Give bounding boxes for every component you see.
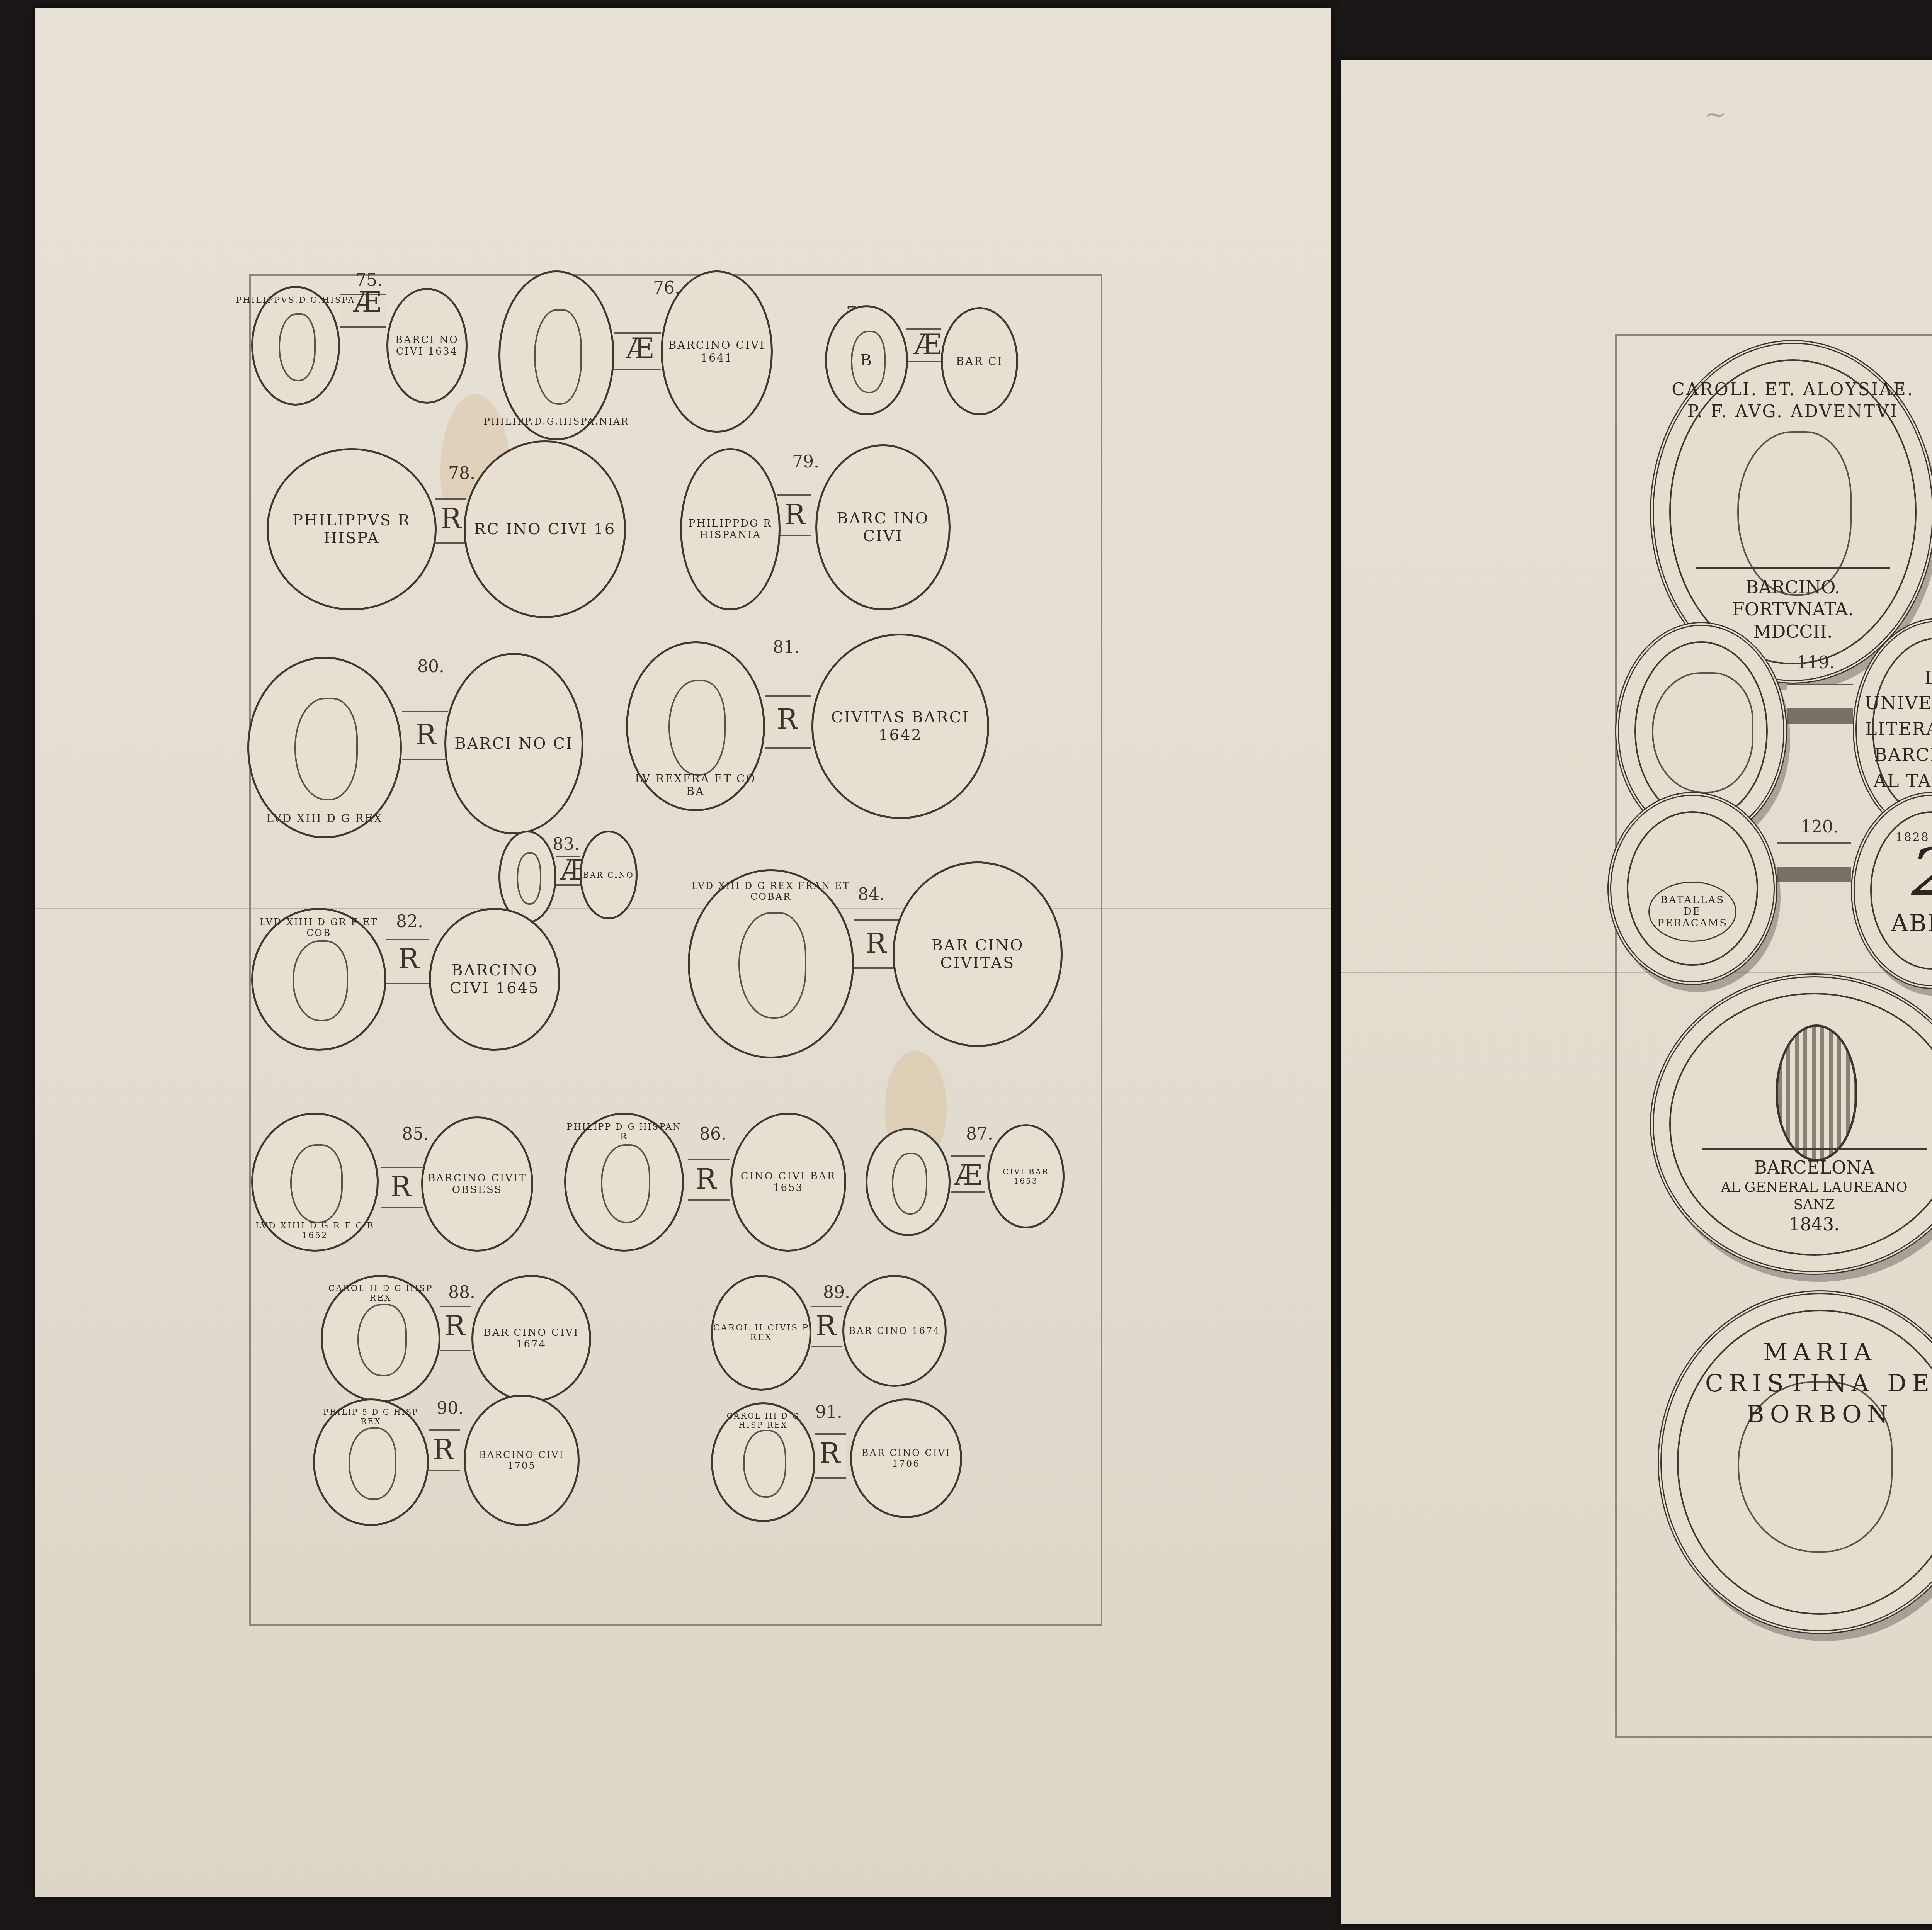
metal-mark: Æ: [354, 286, 381, 318]
coin-79-reverse: BARC INO CIVI: [815, 444, 951, 610]
coin-85-obverse: LVD XIIII D G R F C B 1652: [251, 1113, 379, 1252]
metal-mark: R: [415, 719, 436, 751]
medal-number: 120.: [1801, 817, 1838, 837]
metal-mark: R: [696, 1163, 716, 1195]
metal-mark: R: [440, 502, 461, 535]
coin-86-obverse: PHILIPP D G HISPAN R: [564, 1113, 684, 1252]
coin-78-reverse: RC INO CIVI 16: [464, 440, 626, 618]
coin-number: 88.: [448, 1283, 475, 1302]
coin-number: 89.: [823, 1283, 850, 1302]
coin-number: 75.: [355, 270, 383, 290]
coin-76-reverse: BARCINO CIVI 1641: [661, 270, 773, 433]
connector-bar: [1787, 684, 1853, 724]
coin-79-obverse: PHILIPPDG R HISPANIA: [680, 448, 781, 610]
coin-number: 80.: [417, 657, 444, 676]
coin-82-obverse: LVD XIIII D GR F ET COB: [251, 908, 386, 1051]
coin-number: 85.: [402, 1124, 429, 1144]
metal-mark: R: [815, 1310, 836, 1342]
coin-80-obverse: LVD XIII D G REX: [247, 657, 402, 838]
connector-bar: [1777, 842, 1851, 882]
coin-90-reverse: BARCINO CIVI 1705: [464, 1395, 580, 1526]
metal-mark: Æ: [626, 332, 654, 365]
coin-number: 87.: [966, 1124, 993, 1144]
coin-84-obverse: LVD XIII D G REX FRAN ET COBAR: [688, 869, 854, 1058]
coin-88-reverse: BAR CINO CIVI 1674: [471, 1275, 591, 1402]
coin-81-reverse: CIVITAS BARCI 1642: [811, 634, 989, 819]
metal-mark: R: [819, 1437, 840, 1470]
metal-mark: R: [777, 703, 798, 736]
metal-mark: R: [398, 943, 419, 975]
coin-87-obverse: [866, 1128, 951, 1236]
metal-mark: Æ: [914, 328, 942, 361]
metal-mark: Æ: [954, 1159, 982, 1191]
coin-80-reverse: BARCI NO CI: [444, 653, 583, 834]
metal-mark: R: [433, 1433, 454, 1466]
coin-84-reverse: BAR CINO CIVITAS: [893, 861, 1063, 1047]
exergue: BARCINO. FORTVNATA. MDCCII.: [1696, 567, 1890, 643]
metal-mark: R: [866, 927, 886, 960]
coin-77-reverse: BAR CI: [941, 307, 1018, 415]
coin-87-reverse: CIVI BAR 1653: [987, 1124, 1065, 1228]
medal-120-obverse: BATALLAS DE PERACAMS: [1607, 792, 1777, 985]
coin-number: 78.: [448, 464, 475, 483]
coin-number: 83.: [553, 834, 580, 854]
exergue: BARCELONA AL GENERAL LAUREANO SANZ 1843.: [1702, 1148, 1927, 1236]
coin-89-obverse: CAROL II CIVIS P REX: [711, 1275, 811, 1391]
coin-91-reverse: BAR CINO CIVI 1706: [850, 1398, 962, 1518]
coin-90-obverse: PHILIP 5 D G HISP REX: [313, 1398, 429, 1526]
coin-number: 76.: [653, 278, 680, 298]
coin-number: 90.: [437, 1398, 464, 1418]
metal-mark: R: [390, 1171, 411, 1203]
coin-number: 91.: [815, 1402, 842, 1422]
coin-75-reverse: BARCI NO CIVI 1634: [386, 288, 468, 404]
coin-number: 84.: [858, 885, 885, 904]
coin-number: 82.: [396, 912, 423, 931]
coin-number: 81.: [773, 637, 800, 657]
medal-number: 119.: [1797, 653, 1835, 673]
coin-78-obverse: PHILIPPVS R HISPA: [267, 448, 437, 610]
coin-75-obverse: PHILIPPVS.D.G.HISPA: [251, 286, 340, 406]
coin-89-reverse: BAR CINO 1674: [842, 1275, 947, 1387]
pencil-mark: ~: [1704, 99, 1727, 130]
coin-86-reverse: CINO CIVI BAR 1653: [730, 1113, 846, 1252]
coin-83-reverse: BAR CINO: [580, 831, 638, 919]
coin-number: 86.: [699, 1124, 726, 1144]
coin-81-obverse: LV REXFRA ET CO BA: [626, 641, 765, 811]
coin-82-reverse: BARCINO CIVI 1645: [429, 908, 560, 1051]
coin-76-obverse: PHILIPP.D.G.HISPA.NIAR: [498, 270, 614, 440]
coat-of-arms-icon: [1776, 1024, 1857, 1161]
coin-91-obverse: CAROL III D G HISP REX: [711, 1402, 815, 1522]
metal-mark: R: [784, 498, 805, 531]
metal-mark: R: [444, 1310, 465, 1342]
coin-number: 79.: [792, 452, 819, 472]
coin-88-obverse: CAROL II D G HISP REX: [321, 1275, 440, 1402]
coin-77-obverse: B: [825, 305, 908, 415]
coin-85-reverse: BARCINO CIVIT OBSESS: [421, 1116, 533, 1252]
